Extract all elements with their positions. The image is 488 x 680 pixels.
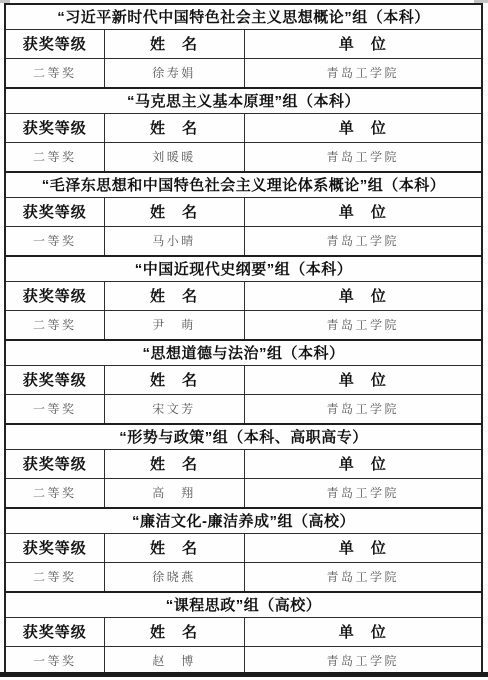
col-header-award-level: 获奖等级 xyxy=(5,365,104,394)
cell-award-level: 二等奖 xyxy=(5,58,104,88)
cell-award-level: 一等奖 xyxy=(5,226,104,256)
cell-award-level: 二等奖 xyxy=(5,310,104,340)
column-header-row: 获奖等级 姓 名 单 位 xyxy=(5,449,482,478)
column-header-row: 获奖等级 姓 名 单 位 xyxy=(5,533,482,562)
section-title: “习近平新时代中国特色社会主义思想概论”组（本科） xyxy=(5,4,482,29)
col-header-award-level: 获奖等级 xyxy=(5,533,104,562)
section-title-row: “课程思政”组（高校） xyxy=(5,592,482,617)
table-row: 一等奖 宋文芳 青岛工学院 xyxy=(5,394,482,424)
section-title: “形势与政策”组（本科、高职高专） xyxy=(5,424,482,449)
cell-unit: 青岛工学院 xyxy=(244,310,482,340)
cell-unit: 青岛工学院 xyxy=(244,478,482,508)
cell-unit: 青岛工学院 xyxy=(244,394,482,424)
cell-name: 刘暖暖 xyxy=(104,142,244,172)
page-bottom-edge xyxy=(0,672,488,677)
section-title-row: “廉洁文化-廉洁养成”组（高校） xyxy=(5,508,482,533)
section-title-row: “形势与政策”组（本科、高职高专） xyxy=(5,424,482,449)
col-header-unit: 单 位 xyxy=(244,113,482,142)
col-header-name: 姓 名 xyxy=(104,617,244,646)
col-header-unit: 单 位 xyxy=(244,197,482,226)
cell-award-level: 二等奖 xyxy=(5,478,104,508)
col-header-award-level: 获奖等级 xyxy=(5,449,104,478)
cell-name: 徐寿娟 xyxy=(104,58,244,88)
award-list-document: “习近平新时代中国特色社会主义思想概论”组（本科） 获奖等级 姓 名 单 位 二… xyxy=(0,0,488,680)
table-row: 二等奖 徐晓燕 青岛工学院 xyxy=(5,562,482,592)
column-header-row: 获奖等级 姓 名 单 位 xyxy=(5,281,482,310)
section-title: “课程思政”组（高校） xyxy=(5,592,482,617)
cell-award-level: 一等奖 xyxy=(5,394,104,424)
col-header-name: 姓 名 xyxy=(104,113,244,142)
section-title: “廉洁文化-廉洁养成”组（高校） xyxy=(5,508,482,533)
column-header-row: 获奖等级 姓 名 单 位 xyxy=(5,617,482,646)
cell-name: 宋文芳 xyxy=(104,394,244,424)
col-header-name: 姓 名 xyxy=(104,197,244,226)
awards-table: “习近平新时代中国特色社会主义思想概论”组（本科） 获奖等级 姓 名 单 位 二… xyxy=(4,3,483,677)
col-header-unit: 单 位 xyxy=(244,617,482,646)
table-row: 二等奖 刘暖暖 青岛工学院 xyxy=(5,142,482,172)
cell-award-level: 二等奖 xyxy=(5,142,104,172)
col-header-unit: 单 位 xyxy=(244,533,482,562)
cell-unit: 青岛工学院 xyxy=(244,142,482,172)
col-header-name: 姓 名 xyxy=(104,281,244,310)
cell-name: 徐晓燕 xyxy=(104,562,244,592)
cell-unit: 青岛工学院 xyxy=(244,562,482,592)
col-header-name: 姓 名 xyxy=(104,449,244,478)
col-header-award-level: 获奖等级 xyxy=(5,281,104,310)
table-row: 二等奖 徐寿娟 青岛工学院 xyxy=(5,58,482,88)
table-row: 二等奖 尹 萌 青岛工学院 xyxy=(5,310,482,340)
column-header-row: 获奖等级 姓 名 单 位 xyxy=(5,365,482,394)
col-header-award-level: 获奖等级 xyxy=(5,617,104,646)
table-row: 二等奖 高 翔 青岛工学院 xyxy=(5,478,482,508)
col-header-unit: 单 位 xyxy=(244,449,482,478)
section-title: “思想道德与法治”组（本科） xyxy=(5,340,482,365)
column-header-row: 获奖等级 姓 名 单 位 xyxy=(5,113,482,142)
table-row: 一等奖 马小晴 青岛工学院 xyxy=(5,226,482,256)
cell-unit: 青岛工学院 xyxy=(244,58,482,88)
section-title-row: “思想道德与法治”组（本科） xyxy=(5,340,482,365)
col-header-award-level: 获奖等级 xyxy=(5,113,104,142)
col-header-unit: 单 位 xyxy=(244,29,482,58)
cell-award-level: 二等奖 xyxy=(5,562,104,592)
col-header-unit: 单 位 xyxy=(244,365,482,394)
cell-unit: 青岛工学院 xyxy=(244,226,482,256)
column-header-row: 获奖等级 姓 名 单 位 xyxy=(5,29,482,58)
cell-name: 高 翔 xyxy=(104,478,244,508)
section-title-row: “毛泽东思想和中国特色社会主义理论体系概论”组（本科） xyxy=(5,172,482,197)
section-title-row: “习近平新时代中国特色社会主义思想概论”组（本科） xyxy=(5,4,482,29)
cell-name: 尹 萌 xyxy=(104,310,244,340)
section-title: “毛泽东思想和中国特色社会主义理论体系概论”组（本科） xyxy=(5,172,482,197)
section-title-row: “中国近现代史纲要”组（本科） xyxy=(5,256,482,281)
section-title: “马克思主义基本原理”组（本科） xyxy=(5,88,482,113)
col-header-name: 姓 名 xyxy=(104,29,244,58)
col-header-name: 姓 名 xyxy=(104,533,244,562)
col-header-award-level: 获奖等级 xyxy=(5,197,104,226)
section-title: “中国近现代史纲要”组（本科） xyxy=(5,256,482,281)
col-header-unit: 单 位 xyxy=(244,281,482,310)
section-title-row: “马克思主义基本原理”组（本科） xyxy=(5,88,482,113)
col-header-name: 姓 名 xyxy=(104,365,244,394)
column-header-row: 获奖等级 姓 名 单 位 xyxy=(5,197,482,226)
col-header-award-level: 获奖等级 xyxy=(5,29,104,58)
cell-name: 马小晴 xyxy=(104,226,244,256)
